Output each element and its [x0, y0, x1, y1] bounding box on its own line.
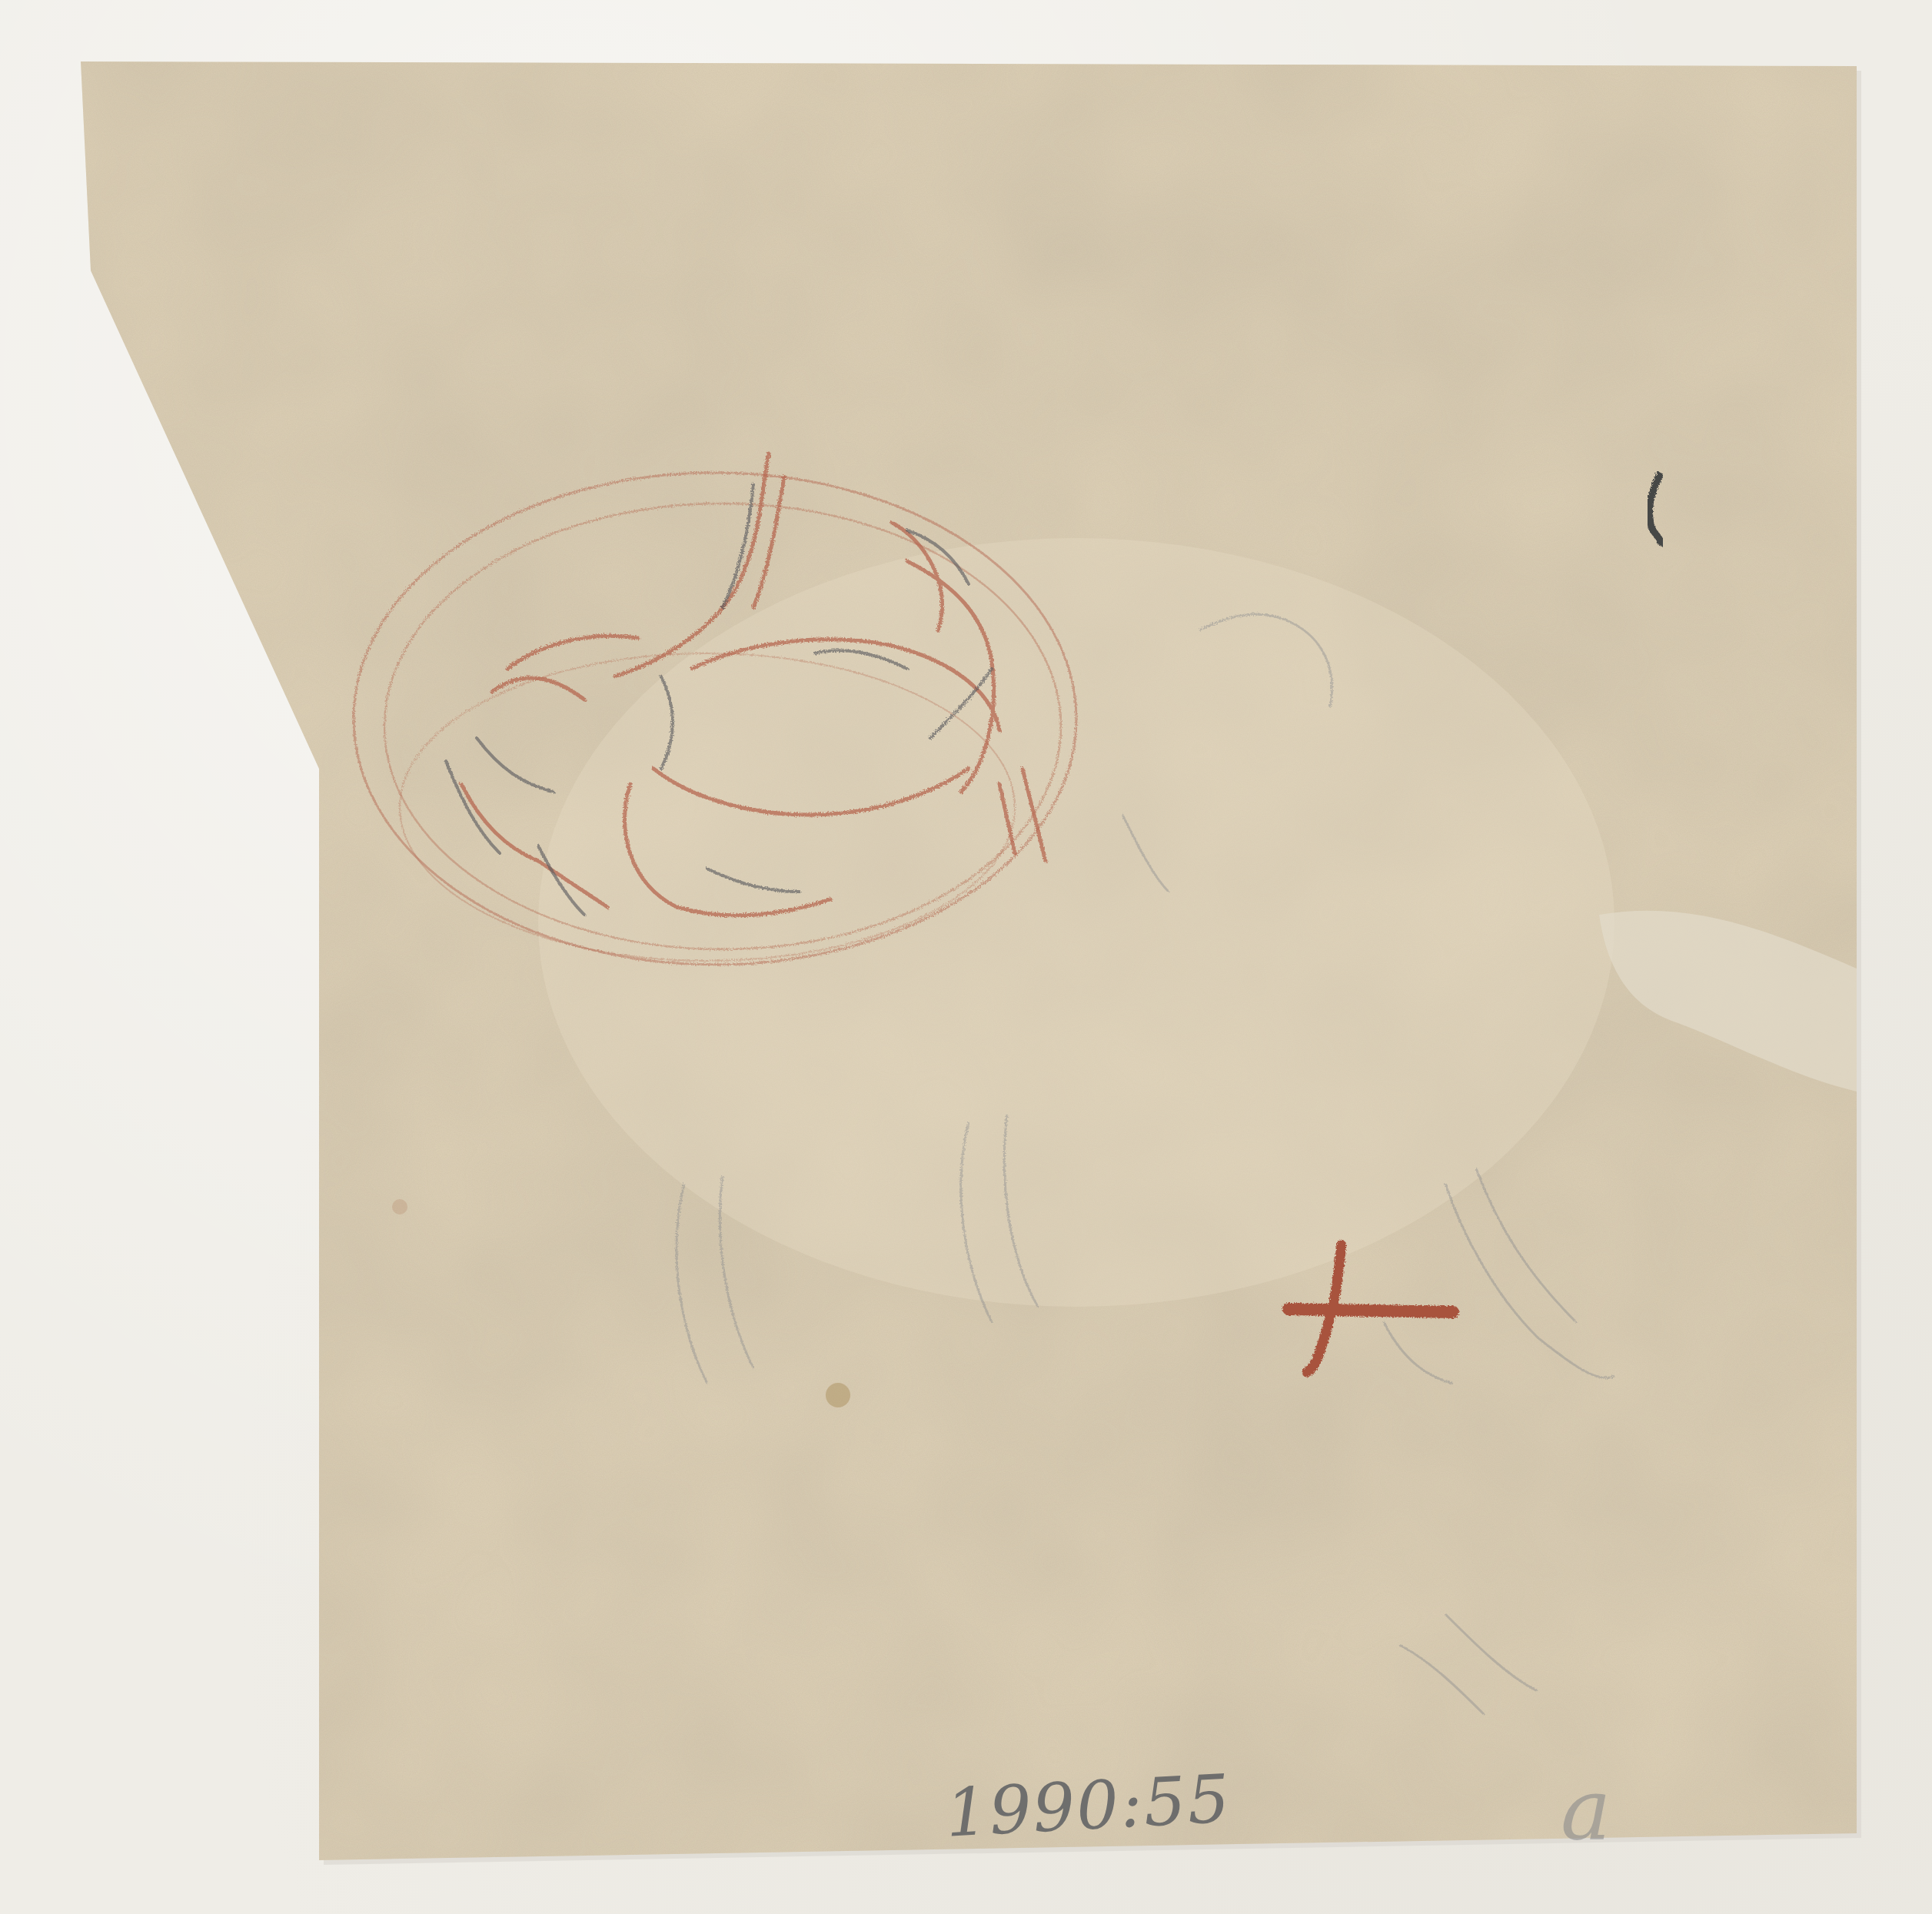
drawing-sheet [0, 0, 1932, 1914]
initial-mark-inscription: a [1561, 1760, 1613, 1859]
catalog-number-inscription: 1990:55 [944, 1760, 1233, 1852]
